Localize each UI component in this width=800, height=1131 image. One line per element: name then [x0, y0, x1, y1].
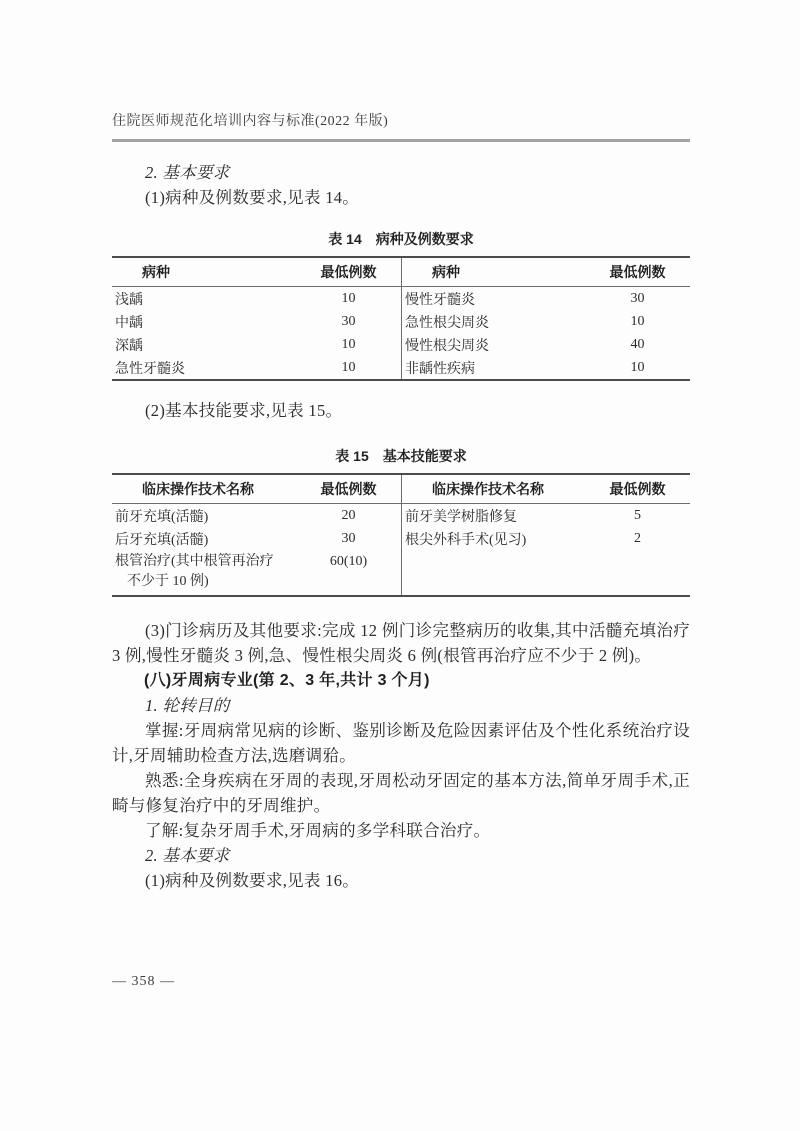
col-header-disease: 病种	[112, 262, 296, 282]
cell-technique-line1: 根管治疗(其中根管再治疗	[115, 554, 274, 569]
table-row: 非龋性疾病 10	[402, 356, 690, 379]
table-row: 浅龋 10	[112, 287, 401, 310]
para-outpatient-records-req: (3)门诊病历及其他要求:完成 12 例门诊完整病历的收集,其中活髓充填治疗 3…	[112, 618, 690, 668]
col-header-technique: 临床操作技术名称	[112, 479, 296, 499]
cell-disease: 浅龋	[112, 289, 296, 309]
cell-count: 40	[585, 337, 690, 353]
document-page: 住院医师规范化培训内容与标准(2022 年版) 2. 基本要求 (1)病种及例数…	[0, 0, 800, 1131]
para-understand: 了解:复杂牙周手术,牙周病的多学科联合治疗。	[112, 818, 690, 843]
para-disease-cases-ref-16: (1)病种及例数要求,见表 16。	[112, 868, 690, 893]
para-disease-cases-ref-14: (1)病种及例数要求,见表 14。	[112, 185, 690, 210]
cell-technique: 前牙充填(活髓)	[112, 506, 296, 526]
heading-basic-requirements-2: 2. 基本要求	[112, 843, 690, 868]
cell-count: 10	[296, 337, 401, 353]
para-skills-req-ref-15: (2)基本技能要求,见表 15。	[112, 398, 690, 423]
col-header-disease: 病种	[402, 262, 585, 282]
cell-count: 60(10)	[296, 552, 401, 572]
col-header-min-cases: 最低例数	[296, 262, 401, 282]
para-master: 掌握:牙周病常见病的诊断、鉴别诊断及危险因素评估及个性化系统治疗设计,牙周辅助检…	[112, 718, 690, 768]
table-15-label: 表 15	[335, 448, 368, 464]
cell-count: 30	[585, 291, 690, 307]
running-header: 住院医师规范化培训内容与标准(2022 年版)	[112, 110, 690, 142]
table-14-caption: 病种及例数要求	[376, 231, 474, 247]
table-14-right-half: 病种 最低例数 慢性牙髓炎 30 急性根尖周炎 10 慢性根尖周炎 40 非龋性…	[401, 258, 690, 379]
cell-count: 5	[585, 508, 690, 524]
col-header-min-cases: 最低例数	[296, 479, 401, 499]
cell-disease: 深龋	[112, 335, 296, 355]
table-row: 后牙充填(活髓) 30	[112, 527, 401, 550]
table-row: 前牙美学树脂修复 5	[402, 504, 690, 527]
cell-technique: 根管治疗(其中根管再治疗不少于 10 例)	[112, 552, 296, 592]
table-row: 慢性根尖周炎 40	[402, 333, 690, 356]
cell-count: 30	[296, 531, 401, 547]
table-14-title: 表 14病种及例数要求	[112, 230, 690, 248]
cell-count: 20	[296, 508, 401, 524]
cell-count: 10	[296, 291, 401, 307]
table-15-left-header-row: 临床操作技术名称 最低例数	[112, 475, 401, 504]
table-row: 急性牙髓炎 10	[112, 356, 401, 379]
cell-technique: 根尖外科手术(见习)	[402, 529, 585, 549]
table-row: 根管治疗(其中根管再治疗不少于 10 例) 60(10)	[112, 550, 401, 595]
page-number: — 358 —	[112, 974, 175, 990]
table-15-caption: 基本技能要求	[383, 448, 467, 464]
table-14-label: 表 14	[328, 231, 361, 247]
table-row: 急性根尖周炎 10	[402, 310, 690, 333]
col-header-technique: 临床操作技术名称	[402, 479, 585, 499]
table-15-left-half: 临床操作技术名称 最低例数 前牙充填(活髓) 20 后牙充填(活髓) 30 根管…	[112, 475, 401, 595]
cell-count: 10	[585, 314, 690, 330]
table-15-right-header-row: 临床操作技术名称 最低例数	[402, 475, 690, 504]
cell-technique-line2: 不少于 10 例)	[115, 572, 296, 592]
table-15: 临床操作技术名称 最低例数 前牙充填(活髓) 20 后牙充填(活髓) 30 根管…	[112, 473, 690, 597]
heading-rotation-purpose: 1. 轮转目的	[112, 693, 690, 718]
heading-basic-requirements: 2. 基本要求	[112, 160, 690, 185]
para-familiar: 熟悉:全身疾病在牙周的表现,牙周松动牙固定的基本方法,简单牙周手术,正畸与修复治…	[112, 768, 690, 818]
table-15-title: 表 15基本技能要求	[112, 447, 690, 465]
table-row: 中龋 30	[112, 310, 401, 333]
heading-periodontics-specialty: (八)牙周病专业(第 2、3 年,共计 3 个月)	[112, 668, 690, 693]
table-row: 深龋 10	[112, 333, 401, 356]
col-header-min-cases: 最低例数	[585, 479, 690, 499]
cell-technique: 后牙充填(活髓)	[112, 529, 296, 549]
table-row: 根尖外科手术(见习) 2	[402, 527, 690, 550]
table-14-left-header-row: 病种 最低例数	[112, 258, 401, 287]
table-14: 病种 最低例数 浅龋 10 中龋 30 深龋 10 急性牙髓炎 10	[112, 256, 690, 381]
page-content: 住院医师规范化培训内容与标准(2022 年版) 2. 基本要求 (1)病种及例数…	[112, 110, 690, 893]
table-15-right-half: 临床操作技术名称 最低例数 前牙美学树脂修复 5 根尖外科手术(见习) 2	[401, 475, 690, 595]
cell-count: 10	[296, 360, 401, 376]
cell-disease: 慢性根尖周炎	[402, 335, 585, 355]
cell-count: 10	[585, 360, 690, 376]
cell-technique: 前牙美学树脂修复	[402, 506, 585, 526]
cell-count: 2	[585, 531, 690, 547]
cell-count: 30	[296, 314, 401, 330]
cell-disease: 急性牙髓炎	[112, 358, 296, 378]
table-14-right-header-row: 病种 最低例数	[402, 258, 690, 287]
cell-disease: 急性根尖周炎	[402, 312, 585, 332]
table-14-left-half: 病种 最低例数 浅龋 10 中龋 30 深龋 10 急性牙髓炎 10	[112, 258, 401, 379]
cell-disease: 中龋	[112, 312, 296, 332]
cell-disease: 非龋性疾病	[402, 358, 585, 378]
cell-disease: 慢性牙髓炎	[402, 289, 585, 309]
col-header-min-cases: 最低例数	[585, 262, 690, 282]
table-row: 慢性牙髓炎 30	[402, 287, 690, 310]
table-row: 前牙充填(活髓) 20	[112, 504, 401, 527]
